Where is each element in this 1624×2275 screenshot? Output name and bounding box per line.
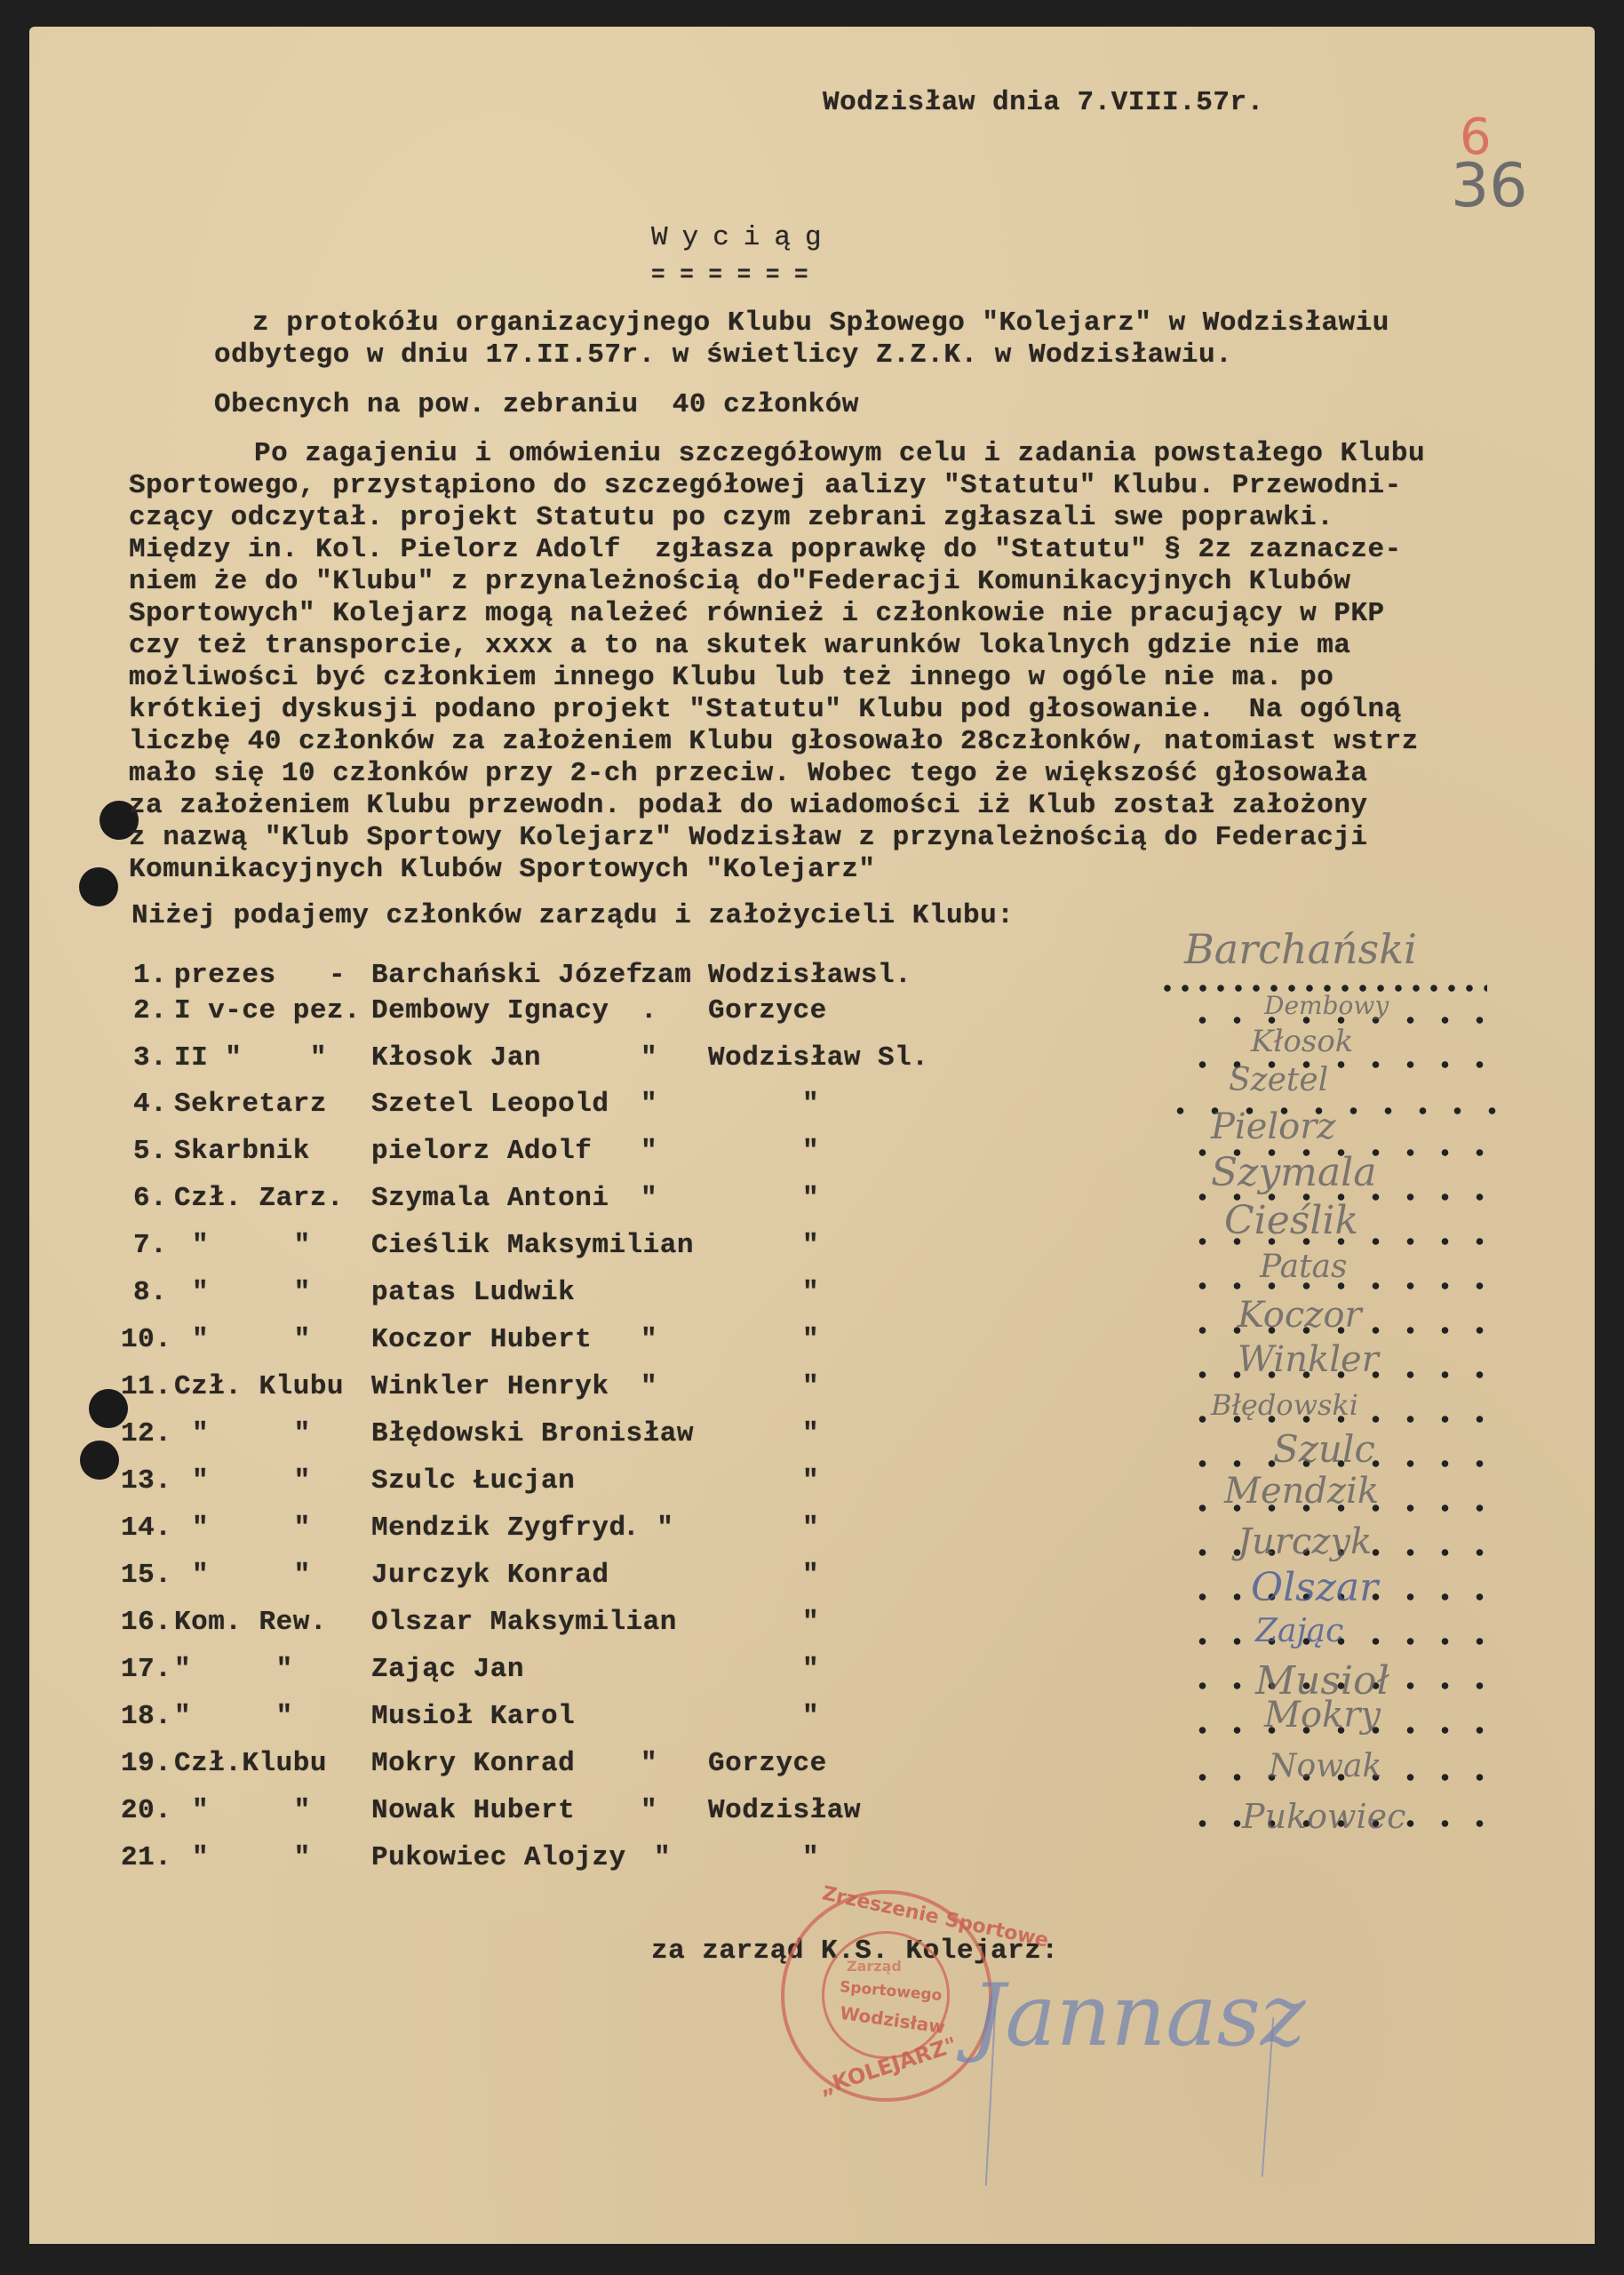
closing-signature: Jannasz (971, 1973, 1305, 2058)
member-place: " (802, 1703, 819, 1730)
member-signature: Pielorz (1211, 1109, 1335, 1145)
member-ditto: . (641, 997, 657, 1025)
member-number: 21. (121, 1844, 171, 1872)
member-ditto: " (654, 1844, 671, 1872)
member-role: Kom. Rew. (174, 1608, 327, 1636)
intro-line: z protokółu organizacyjnego Klubu Spłowe… (252, 309, 1389, 337)
body-line: mało się 10 członków przy 2-ch przeciw. … (129, 760, 1368, 787)
member-name: Zając Jan (371, 1656, 524, 1683)
member-place: " (802, 1420, 819, 1448)
member-place: " (802, 1467, 819, 1495)
member-name: Barchański Józef (371, 962, 643, 989)
member-name: Błędowski Bronisław (371, 1420, 694, 1448)
member-place: " (802, 1514, 819, 1542)
member-place: " (802, 1844, 819, 1872)
member-dash: - (329, 962, 346, 989)
member-signature: Koczor (1238, 1297, 1362, 1333)
member-ditto: " (641, 1750, 657, 1777)
member-place: " (802, 1279, 819, 1306)
body-line: niem że do "Klubu" z przynależnością do"… (129, 568, 1350, 595)
member-place: " (802, 1232, 819, 1259)
place-date: Wodzisław dnia 7.VIII.57r. (823, 89, 1264, 116)
member-number: 13. (121, 1467, 171, 1495)
signature-dotted-line (1185, 1638, 1505, 1645)
member-name: Cieślik Maksymilian (371, 1232, 694, 1259)
member-ditto: " (641, 1137, 657, 1165)
member-name: Musioł Karol (371, 1703, 575, 1730)
member-role: " " (192, 1420, 311, 1448)
member-number: 20. (121, 1797, 171, 1824)
member-role: " " (192, 1561, 311, 1589)
member-role: prezes (174, 962, 276, 989)
member-role: " " (174, 1703, 293, 1730)
member-place: Wodzisław (708, 1797, 861, 1824)
member-signature: Kłosok (1251, 1026, 1353, 1057)
member-number: 2. (133, 997, 167, 1025)
member-signature: Mendzik (1224, 1473, 1379, 1509)
punch-hole (79, 867, 118, 906)
member-name: patas Ludwik (371, 1279, 575, 1306)
stamp-inner-line: Zarząd (847, 1958, 902, 1975)
body-line: Komunikacyjnych Klubów Sportowych "Kolej… (129, 856, 876, 883)
member-ditto: " (641, 1797, 657, 1824)
member-role: " " (192, 1844, 311, 1872)
document-title: Wyciąg (651, 224, 836, 251)
member-role: " " (192, 1326, 311, 1353)
member-place: " (802, 1561, 819, 1589)
member-signature: Nowak (1269, 1751, 1381, 1783)
member-role: I v-ce pez. (174, 997, 361, 1025)
member-signature: Pukowiec (1242, 1800, 1405, 1833)
member-place: Wodzisławsl. (708, 962, 912, 989)
member-place: " (802, 1090, 819, 1118)
member-number: 6. (133, 1185, 167, 1212)
member-number: 10. (121, 1326, 171, 1353)
member-signature: Dembowy (1264, 994, 1389, 1018)
member-name: Szymala Antoni (371, 1185, 609, 1212)
club-stamp: Zrzeszenie Sportowe Zarząd Sportowego Wo… (781, 1890, 992, 2102)
member-ditto: " (641, 1044, 657, 1072)
member-role: II " " (174, 1044, 327, 1072)
member-number: 16. (121, 1608, 171, 1636)
member-number: 1. (133, 962, 167, 989)
member-number: 19. (121, 1750, 171, 1777)
member-signature: Szetel (1229, 1065, 1328, 1097)
member-name: pielorz Adolf (371, 1137, 592, 1165)
member-number: 7. (133, 1232, 167, 1259)
member-number: 11. (121, 1373, 171, 1401)
member-name: Pukowiec Alojzy (371, 1844, 626, 1872)
member-signature: Szymala (1211, 1153, 1376, 1193)
member-role: " " (192, 1514, 311, 1542)
archive-number-pencil: 36 (1451, 151, 1528, 221)
member-name: Koczor Hubert (371, 1326, 592, 1353)
member-number: 15. (121, 1561, 171, 1589)
member-place: " (802, 1608, 819, 1636)
member-role: " " (192, 1467, 311, 1495)
body-line: Sportowego, przystąpiono do szczegółowej… (129, 472, 1402, 499)
attendance: Obecnych na pow. zebraniu 40 członków (214, 391, 859, 419)
member-role: Czł.Klubu (174, 1750, 327, 1777)
member-signature: Olszar (1251, 1569, 1378, 1608)
member-role: Sekretarz (174, 1090, 327, 1118)
body-line: Między in. Kol. Pielorz Adolf zgłasza po… (129, 536, 1402, 563)
member-signature: Jurczyk (1238, 1524, 1372, 1560)
member-signature: Mokry (1264, 1697, 1381, 1733)
member-signature: Barchański (1184, 929, 1417, 970)
member-role: " " (192, 1232, 311, 1259)
member-number: 17. (121, 1656, 171, 1683)
member-ditto: zam (641, 962, 691, 989)
intro-line: odbytego w dniu 17.II.57r. w świetlicy Z… (214, 341, 1232, 369)
members-heading: Niżej podajemy członków zarządu i założy… (131, 902, 1014, 930)
member-number: 18. (121, 1703, 171, 1730)
member-number: 12. (121, 1420, 171, 1448)
body-line: możliwości być członkiem innego Klubu lu… (129, 664, 1333, 691)
body-line: Po zagajeniu i omówieniu szczegółowym ce… (254, 440, 1425, 467)
member-number: 4. (133, 1090, 167, 1118)
title-underline: = = = = = = (651, 263, 808, 286)
member-name: Kłosok Jan (371, 1044, 541, 1072)
member-signature: Błędowski (1211, 1391, 1358, 1419)
body-line: z nazwą "Klub Sportowy Kolejarz" Wodzisł… (129, 824, 1368, 851)
member-place: " (802, 1137, 819, 1165)
member-name: Szulc Łucjan (371, 1467, 575, 1495)
member-role: " " (192, 1797, 311, 1824)
body-line: za założeniem Klubu przewodn. podał do w… (129, 792, 1368, 819)
member-signature: Patas (1260, 1251, 1347, 1283)
member-name: Mokry Konrad (371, 1750, 575, 1777)
body-line: Sportowych" Kolejarz mogą należeć równie… (129, 600, 1385, 627)
body-line: krótkiej dyskusji podano projekt "Statut… (129, 696, 1402, 723)
member-name: Winkler Henryk (371, 1373, 609, 1401)
member-name: Nowak Hubert (371, 1797, 575, 1824)
member-place: " (802, 1185, 819, 1212)
member-place: Wodzisław Sl. (708, 1044, 928, 1072)
member-name: Jurczyk Konrad (371, 1561, 609, 1589)
member-role: Czł. Klubu (174, 1373, 344, 1401)
member-place: " (802, 1373, 819, 1401)
body-line: czy też transporcie, xxxx a to na skutek… (129, 632, 1350, 659)
member-signature: Winkler (1238, 1342, 1379, 1377)
member-name: Dembowy Ignacy (371, 997, 609, 1025)
member-role: " " (174, 1656, 293, 1683)
member-ditto: " (641, 1185, 657, 1212)
document-page: Wodzisław dnia 7.VIII.57r. 6 36 Wyciąg =… (29, 27, 1595, 2244)
member-place: Gorzyce (708, 1750, 827, 1777)
member-ditto: " (641, 1090, 657, 1118)
member-ditto: . " (623, 1514, 673, 1542)
member-number: 3. (133, 1044, 167, 1072)
member-place: Gorzyce (708, 997, 827, 1025)
member-name: Szetel Leopold (371, 1090, 609, 1118)
member-signature: Zając (1255, 1616, 1343, 1648)
body-line: czący odczytał. projekt Statutu po czym … (129, 504, 1333, 531)
member-role: Czł. Zarz. (174, 1185, 344, 1212)
body-line: liczbę 40 członków za założeniem Klubu g… (129, 728, 1419, 755)
member-signature: Cieślik (1224, 1201, 1358, 1241)
punch-hole (80, 1441, 119, 1480)
member-place: " (802, 1326, 819, 1353)
member-name: Mendzik Zygfryd (371, 1514, 626, 1542)
member-role: " " (192, 1279, 311, 1306)
member-signature: Szulc (1273, 1431, 1375, 1468)
member-name: Olszar Maksymilian (371, 1608, 677, 1636)
member-number: 14. (121, 1514, 171, 1542)
member-ditto: " (641, 1373, 657, 1401)
member-number: 8. (133, 1279, 167, 1306)
member-role: Skarbnik (174, 1137, 310, 1165)
member-ditto: " (641, 1326, 657, 1353)
member-place: " (802, 1656, 819, 1683)
member-number: 5. (133, 1137, 167, 1165)
